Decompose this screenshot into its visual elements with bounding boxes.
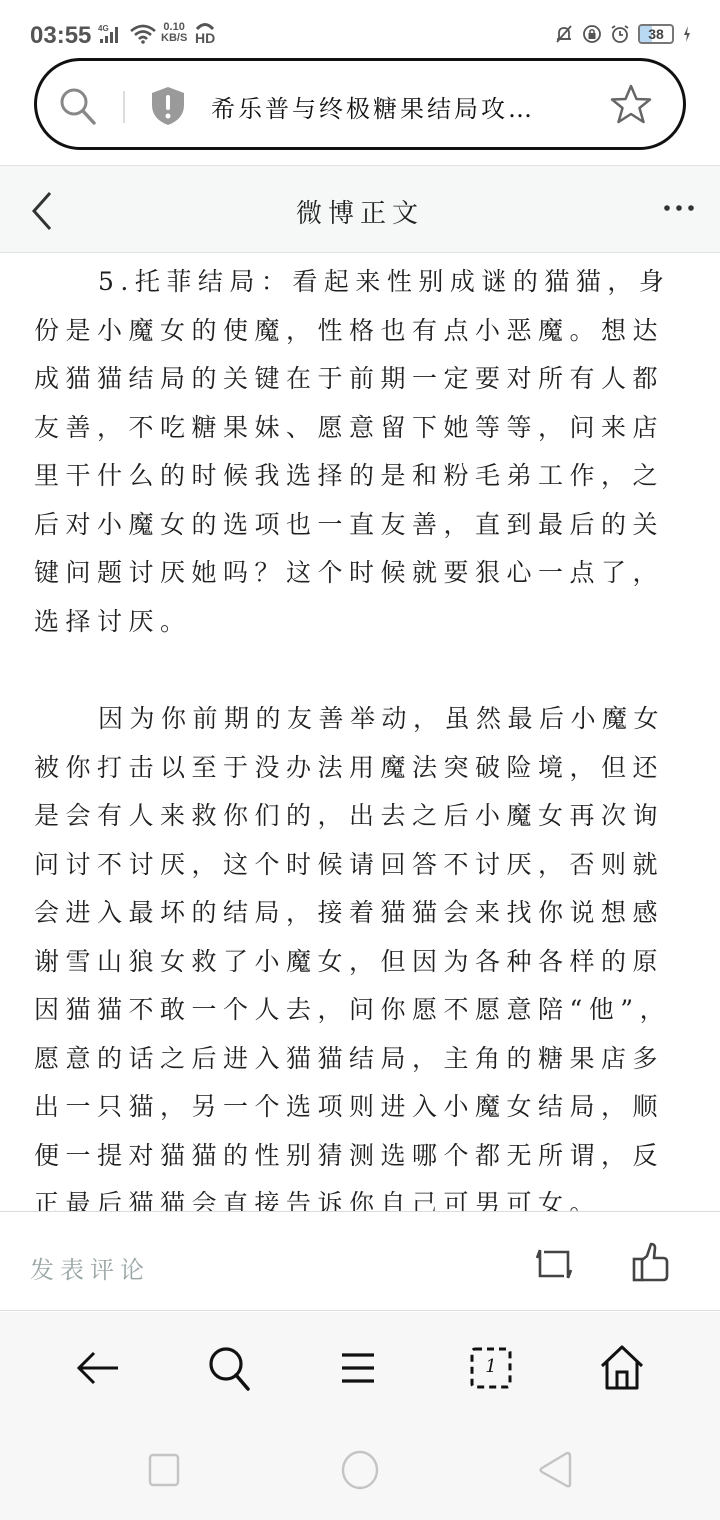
tab-count: 1 bbox=[467, 1356, 515, 1377]
battery-icon: 38 bbox=[638, 24, 674, 44]
arrow-back-icon[interactable] bbox=[74, 1344, 122, 1392]
charging-icon bbox=[682, 25, 692, 43]
network-speed: 0.10 KB/S bbox=[161, 22, 187, 44]
status-bar: 03:55 4G 0.10 KB/S HD bbox=[0, 0, 720, 56]
article-paragraph: 因为你前期的友善举动，虽然最后小魔女被你打击以至于没办法用魔法突破险境，但还是会… bbox=[34, 695, 690, 1229]
svg-text:4G: 4G bbox=[98, 24, 109, 33]
article-paragraph: 5.托菲结局：看起来性别成谜的猫猫，身份是小魔女的使魔，性格也有点小恶魔。想达成… bbox=[34, 258, 690, 646]
article-body: 5.托菲结局：看起来性别成谜的猫猫，身份是小魔女的使魔，性格也有点小恶魔。想达成… bbox=[34, 258, 690, 1229]
bell-off-icon bbox=[554, 24, 574, 44]
comment-input[interactable]: 发表评论 bbox=[30, 1250, 150, 1285]
home-circle-icon[interactable] bbox=[340, 1450, 380, 1490]
search-icon[interactable] bbox=[206, 1344, 254, 1392]
star-icon[interactable] bbox=[609, 83, 653, 127]
status-icons: 38 bbox=[554, 24, 692, 44]
wifi-icon bbox=[130, 24, 156, 44]
page-title: 微博正文 bbox=[0, 193, 720, 230]
tabs-icon[interactable]: 1 bbox=[467, 1344, 515, 1392]
page-header: 微博正文 bbox=[0, 165, 720, 253]
hd-call-icon: HD bbox=[195, 22, 215, 46]
signal-icon: 4G bbox=[98, 23, 124, 45]
shield-warning-icon[interactable] bbox=[149, 85, 187, 127]
page-url-title[interactable]: 希乐普与终极糖果结局攻… bbox=[211, 89, 581, 124]
rotation-lock-icon bbox=[582, 24, 602, 44]
more-icon[interactable] bbox=[662, 196, 696, 220]
search-icon[interactable] bbox=[57, 85, 99, 127]
recents-icon[interactable] bbox=[144, 1450, 184, 1490]
menu-icon[interactable] bbox=[334, 1344, 382, 1392]
alarm-icon bbox=[610, 24, 630, 44]
back-triangle-icon[interactable] bbox=[536, 1450, 576, 1490]
repost-icon[interactable] bbox=[534, 1246, 574, 1282]
action-bar: 发表评论 bbox=[0, 1211, 720, 1311]
clock: 03:55 bbox=[30, 22, 91, 50]
divider bbox=[123, 91, 125, 123]
like-icon[interactable] bbox=[632, 1242, 670, 1282]
home-icon[interactable] bbox=[598, 1344, 646, 1392]
browser-nav-bar: 1 bbox=[0, 1312, 720, 1520]
url-bar[interactable]: 希乐普与终极糖果结局攻… bbox=[34, 58, 686, 150]
